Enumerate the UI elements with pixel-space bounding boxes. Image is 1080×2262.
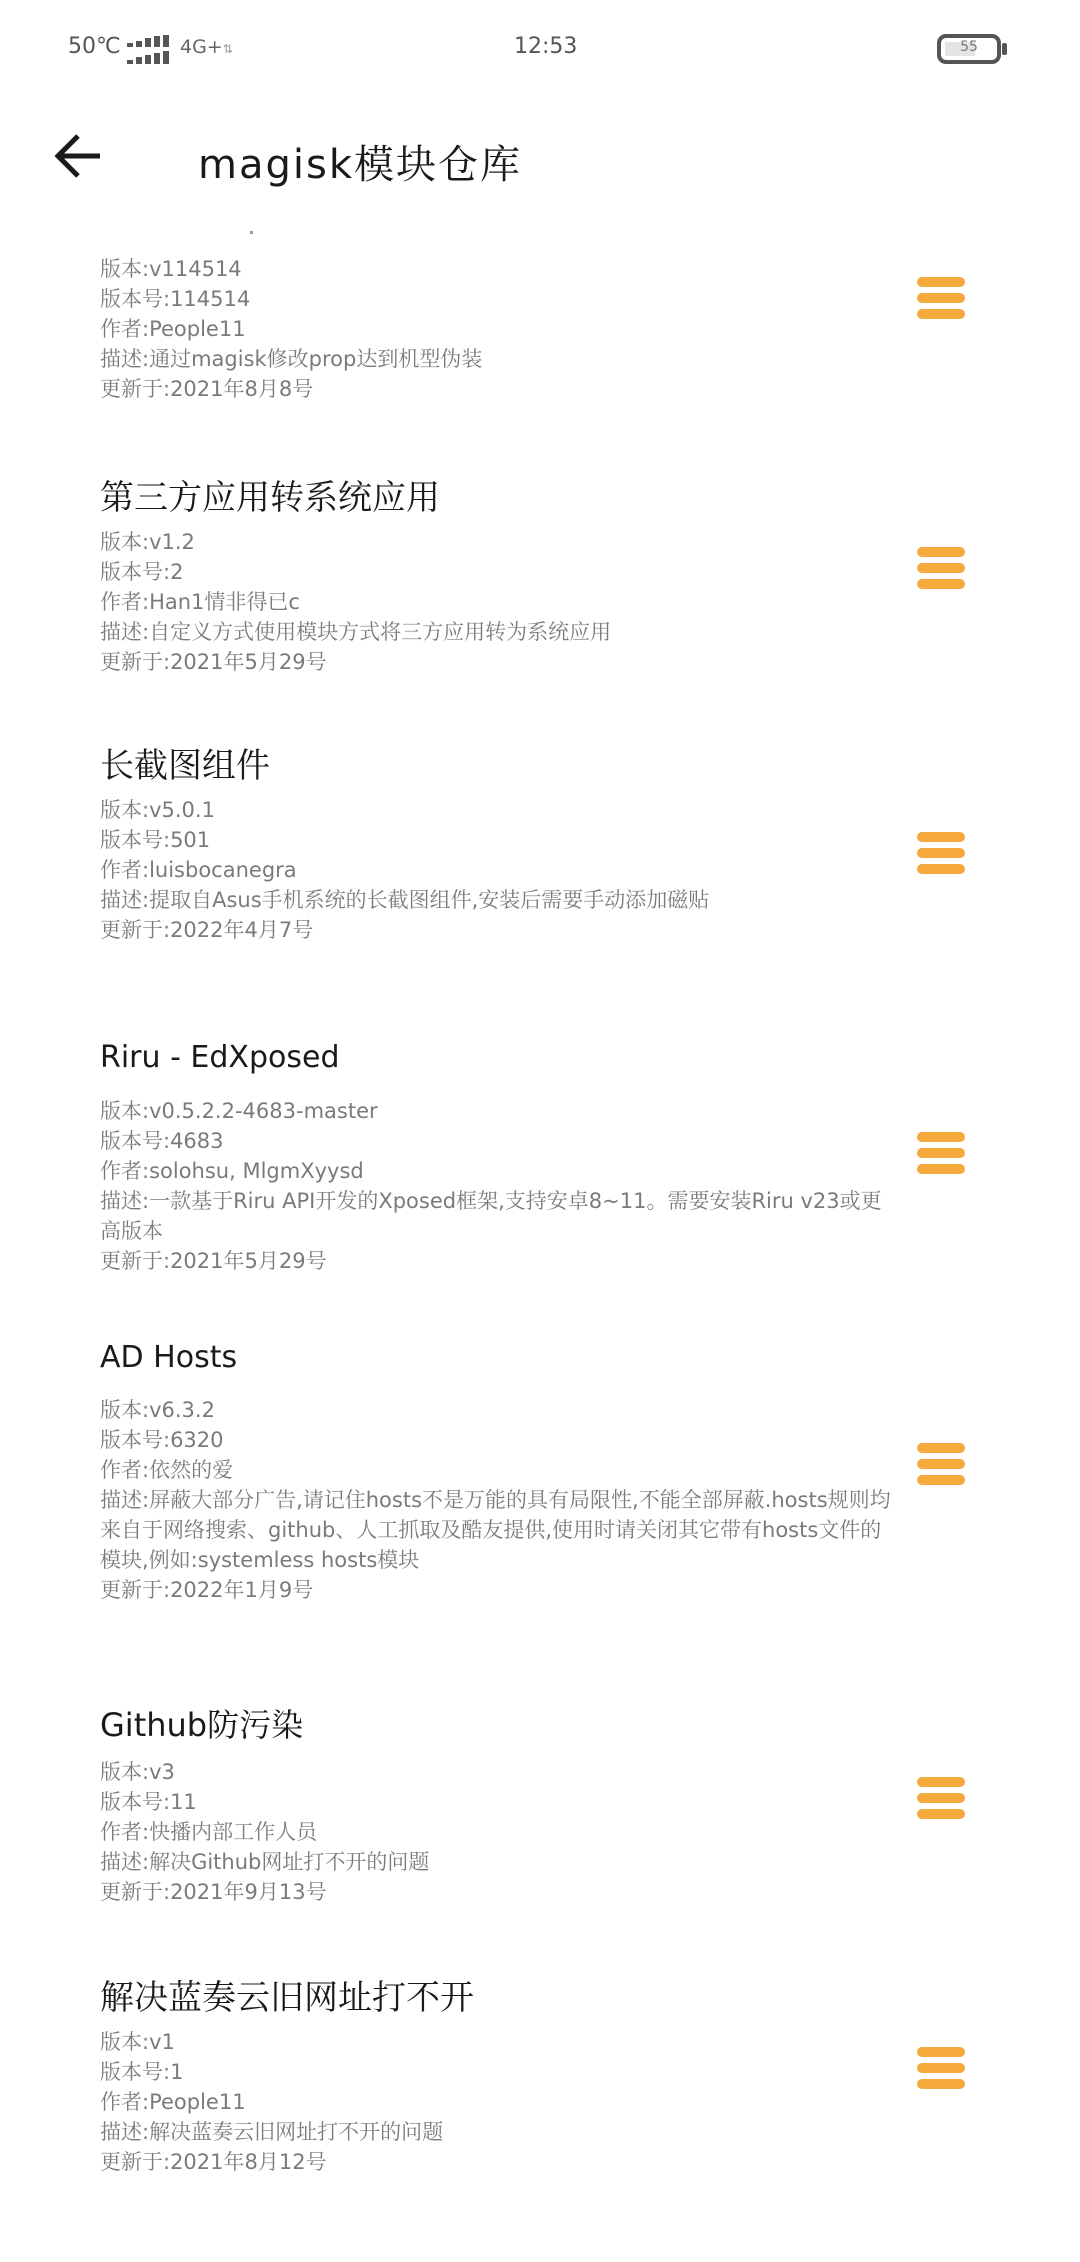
module-author: 作者:People11 [100,2087,900,2117]
menu-bar [917,1809,965,1819]
module-description: 描述:自定义方式使用模块方式将三方应用转为系统应用 [100,617,900,647]
page-title: magisk模块仓库 [198,133,522,190]
menu-bar [917,2047,965,2057]
module-updated: 更新于:2022年4月7号 [100,915,900,945]
module-description: 描述:解决蓝奏云旧网址打不开的问题 [100,2117,900,2147]
module-title: 长截图组件 [100,738,270,787]
module-updated: 更新于:2021年9月13号 [100,1877,900,1907]
module-updated: 更新于:2021年8月12号 [100,2147,900,2177]
menu-bar [917,1475,965,1485]
menu-bar [917,832,965,842]
module-version: 版本:v0.5.2.2-4683-master [100,1096,900,1126]
module-updated: 更新于:2021年8月8号 [100,374,900,404]
network-type: 4G+⇅ [180,36,233,58]
module-author: 作者:People11 [100,314,900,344]
menu-bar [917,848,965,858]
module-details: 版本:v0.5.2.2-4683-master 版本号:4683 作者:solo… [100,1096,900,1276]
module-details: 版本:v5.0.1 版本号:501 作者:luisbocanegra 描述:提取… [100,795,900,945]
menu-bar [917,1148,965,1158]
menu-bar [917,293,965,303]
module-version: 版本:v1.2 [100,527,900,557]
module-title: AD Hosts [100,1340,237,1375]
module-version: 版本:v6.3.2 [100,1395,900,1425]
module-author: 作者:solohsu, MlgmXyysd [100,1156,900,1186]
app-bar [0,100,1080,210]
module-details: 版本:v114514 版本号:114514 作者:People11 描述:通过m… [100,254,900,404]
module-updated: 更新于:2021年5月29号 [100,1246,900,1276]
module-menu-button[interactable] [912,542,970,594]
temperature-indicator: 50℃ [68,34,121,59]
module-description: 描述:解决Github网址打不开的问题 [100,1847,900,1877]
module-version-code: 版本号:114514 [100,284,900,314]
module-version: 版本:v3 [100,1757,900,1787]
module-version: 版本:v5.0.1 [100,795,900,825]
module-author: 作者:依然的爱 [100,1455,900,1485]
module-author: 作者:快播内部工作人员 [100,1817,900,1847]
menu-bar [917,547,965,557]
module-menu-button[interactable] [912,1438,970,1490]
module-details: 版本:v6.3.2 版本号:6320 作者:依然的爱 描述:屏蔽大部分广告,请记… [100,1395,900,1605]
menu-bar [917,1777,965,1787]
module-details: 版本:v1 版本号:1 作者:People11 描述:解决蓝奏云旧网址打不开的问… [100,2027,900,2177]
menu-bar [917,1132,965,1142]
battery-tip [1002,43,1007,55]
module-version-code: 版本号:4683 [100,1126,900,1156]
module-title: 解决蓝奏云旧网址打不开 [100,1970,474,2019]
module-updated: 更新于:2022年1月9号 [100,1575,900,1605]
menu-bar [917,1443,965,1453]
module-version: 版本:v1 [100,2027,900,2057]
module-version-code: 版本号:11 [100,1787,900,1817]
data-arrows-icon: ⇅ [223,42,233,56]
menu-bar [917,579,965,589]
menu-bar [917,2063,965,2073]
module-updated: 更新于:2021年5月29号 [100,647,900,677]
module-title: Riru - EdXposed [100,1040,340,1075]
module-version-code: 版本号:501 [100,825,900,855]
clock: 12:53 [514,34,577,59]
back-button[interactable] [48,128,108,184]
module-description: 描述:屏蔽大部分广告,请记住hosts不是万能的具有局限性,不能全部屏蔽.hos… [100,1485,900,1575]
module-details: 版本:v1.2 版本号:2 作者:Han1情非得已c 描述:自定义方式使用模块方… [100,527,900,677]
module-title: Github防污染 [100,1700,303,1746]
module-title: 第三方应用转系统应用 [100,470,440,519]
module-menu-button[interactable] [912,272,970,324]
module-description: 描述:提取自Asus手机系统的长截图组件,安装后需要手动添加磁贴 [100,885,900,915]
module-description: 描述:通过magisk修改prop达到机型伪装 [100,344,900,374]
menu-bar [917,864,965,874]
module-version-code: 版本号:2 [100,557,900,587]
module-menu-button[interactable] [912,2042,970,2094]
network-label: 4G+ [180,36,223,58]
menu-bar [917,1164,965,1174]
menu-bar [917,1459,965,1469]
menu-bar [917,1793,965,1803]
battery-icon: 55 [937,34,1001,64]
menu-bar [917,2079,965,2089]
module-details: 版本:v3 版本号:11 作者:快播内部工作人员 描述:解决Github网址打不… [100,1757,900,1907]
clipped-title-fragment [250,231,253,234]
module-menu-button[interactable] [912,1127,970,1179]
module-menu-button[interactable] [912,1772,970,1824]
module-menu-button[interactable] [912,827,970,879]
menu-bar [917,277,965,287]
arrow-left-icon [48,128,108,184]
menu-bar [917,563,965,573]
module-version: 版本:v114514 [100,254,900,284]
module-version-code: 版本号:6320 [100,1425,900,1455]
battery-level: 55 [941,39,997,55]
menu-bar [917,309,965,319]
module-description: 描述:一款基于Riru API开发的Xposed框架,支持安卓8~11。需要安装… [100,1186,900,1246]
dual-sim-signal-icon [127,35,169,65]
module-author: 作者:Han1情非得已c [100,587,900,617]
status-bar: 50℃ 4G+⇅ 12:53 55 [0,0,1080,90]
module-author: 作者:luisbocanegra [100,855,900,885]
module-version-code: 版本号:1 [100,2057,900,2087]
